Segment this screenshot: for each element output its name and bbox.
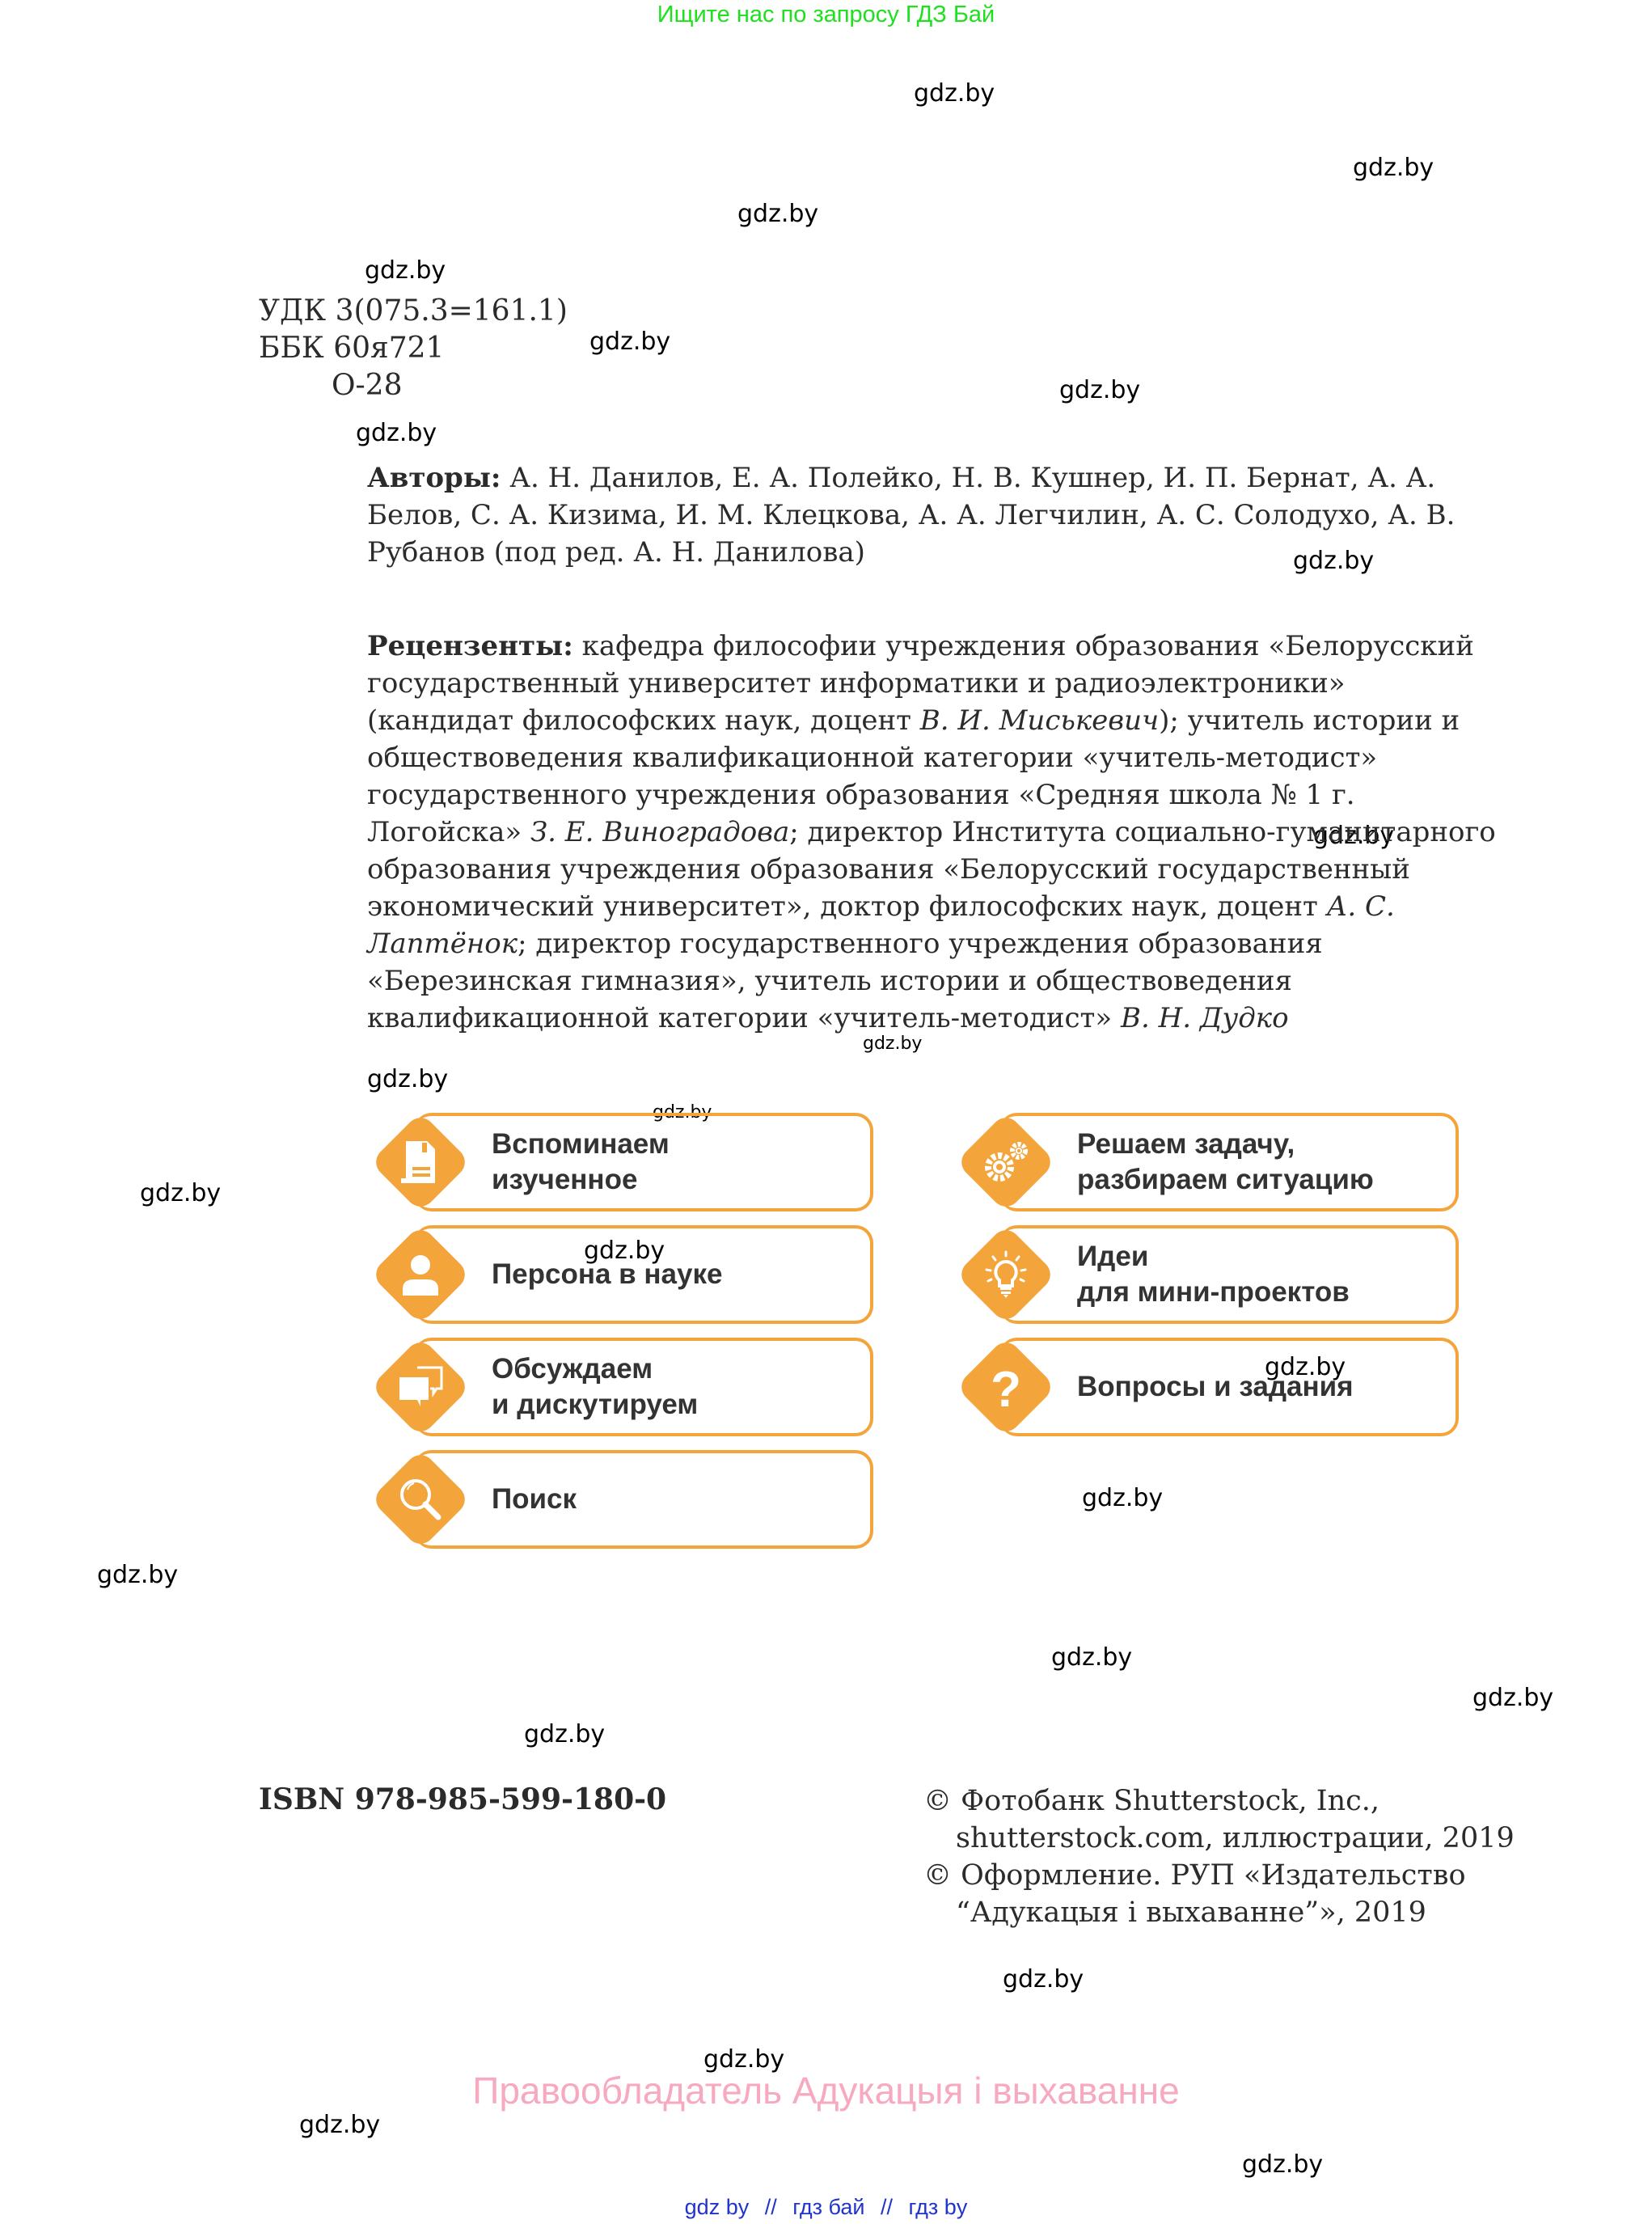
reviewers-label: Рецензенты: — [367, 630, 573, 662]
legend-label: Обсуждаеми дискутируем — [492, 1338, 698, 1436]
legend-badge — [370, 1337, 471, 1437]
legend-item: Обсуждаеми дискутируем — [365, 1338, 873, 1436]
watermark-text: gdz.by — [1353, 154, 1434, 182]
legend-item: Вспоминаемизученное — [365, 1113, 873, 1211]
rights-holder-notice: Правообладатель Адукацыя і выхаванне — [0, 2069, 1652, 2112]
udk-code: УДК 3(075.3=161.1) — [259, 293, 568, 330]
copyright-line: © Оформление. РУП «Издательство — [923, 1857, 1515, 1894]
search-banner: Ищите нас по запросу ГДЗ Бай — [0, 2, 1652, 28]
reviewers-text: кафедра философии учреждения образования… — [367, 630, 1496, 1034]
watermark-text: gdz.by — [524, 1720, 605, 1748]
watermark-text: gdz.by — [97, 1561, 178, 1589]
legend-item: Персона в науке — [365, 1225, 873, 1324]
floppy-disk-icon — [395, 1136, 446, 1188]
watermark-text: gdz.by — [589, 328, 670, 356]
legend-item: Поиск — [365, 1450, 873, 1549]
watermark-text: gdz.by — [367, 1065, 448, 1093]
footer-link-gdz-by[interactable]: gdz by — [685, 2195, 750, 2219]
copyright-block: © Фотобанк Shutterstock, Inc., shutterst… — [923, 1782, 1515, 1931]
reviewers-paragraph: Рецензенты: кафедра философии учреждения… — [367, 628, 1499, 1037]
magnifier-icon — [395, 1474, 446, 1525]
authors-list: А. Н. Данилов, Е. А. Полейко, Н. В. Кушн… — [367, 462, 1455, 569]
legend-item: ? Вопросы и задания — [951, 1338, 1459, 1436]
isbn: ISBN 978-985-599-180-0 — [259, 1782, 666, 1816]
legend-item: Решаем задачу,разбираем ситуацию — [951, 1113, 1459, 1211]
watermark-text: gdz.by — [356, 419, 437, 447]
reviewer-name: З. Е. Виноградова — [530, 816, 789, 848]
watermark-text: gdz.by — [140, 1179, 221, 1207]
watermark-text: gdz.by — [1003, 1965, 1084, 1994]
reviewer-name: В. И. Миськевич — [920, 704, 1159, 737]
legend-badge — [370, 1112, 471, 1212]
symbols-legend: Вспоминаемизученное Решаем задачу,разбир… — [365, 1113, 1465, 1566]
watermark-text: gdz.by — [737, 200, 818, 228]
legend-badge — [956, 1224, 1056, 1325]
legend-item: Идеидля мини-проектов — [951, 1225, 1459, 1324]
legend-badge — [956, 1112, 1056, 1212]
watermark-text: gdz.by — [365, 256, 446, 285]
watermark-text: gdz.by — [1059, 376, 1140, 404]
copyright-line: shutterstock.com, иллюстрации, 2019 — [923, 1820, 1515, 1857]
legend-badge — [370, 1449, 471, 1550]
footer-link-gdz-by-cyr[interactable]: гдз by — [909, 2195, 968, 2219]
legend-frame — [414, 1450, 873, 1549]
authors-paragraph: Авторы: А. Н. Данилов, Е. А. Полейко, Н.… — [367, 459, 1499, 571]
catalog-codes: УДК 3(075.3=161.1) ББК 60я721 О-28 — [259, 293, 568, 404]
author-mark: О-28 — [259, 367, 568, 404]
legend-label: Вопросы и задания — [1077, 1338, 1354, 1436]
watermark-text: gdz.by — [1472, 1684, 1553, 1712]
legend-label: Поиск — [492, 1450, 577, 1549]
legend-label: Решаем задачу,разбираем ситуацию — [1077, 1113, 1374, 1211]
watermark-text: gdz.by — [1051, 1643, 1132, 1672]
svg-text:?: ? — [991, 1362, 1021, 1413]
watermark-text: gdz.by — [299, 2111, 380, 2139]
legend-badge — [370, 1224, 471, 1325]
question-mark-icon: ? — [980, 1361, 1032, 1413]
legend-label: Идеидля мини-проектов — [1077, 1225, 1350, 1324]
legend-label: Вспоминаемизученное — [492, 1113, 670, 1211]
footer-links: gdz by // гдз бай // гдз by — [0, 2195, 1652, 2220]
footer-separator: // — [881, 2195, 893, 2219]
legend-label: Персона в науке — [492, 1225, 722, 1324]
lightbulb-icon — [980, 1249, 1032, 1300]
footer-link-gdz-bai[interactable]: гдз бай — [792, 2195, 864, 2219]
legend-badge: ? — [956, 1337, 1056, 1437]
footer-separator: // — [765, 2195, 777, 2219]
person-icon — [395, 1249, 446, 1300]
speech-bubbles-icon — [395, 1361, 446, 1413]
authors-label: Авторы: — [367, 462, 501, 494]
watermark-text: gdz.by — [914, 79, 995, 108]
copyright-line: © Фотобанк Shutterstock, Inc., — [923, 1782, 1515, 1820]
copyright-line: “Адукацыя і выхаванне”», 2019 — [923, 1894, 1515, 1931]
watermark-text: gdz.by — [1242, 2150, 1323, 2179]
gears-icon — [980, 1136, 1032, 1188]
reviewer-name: В. Н. Дудко — [1121, 1002, 1289, 1034]
bbk-code: ББК 60я721 — [259, 330, 568, 367]
